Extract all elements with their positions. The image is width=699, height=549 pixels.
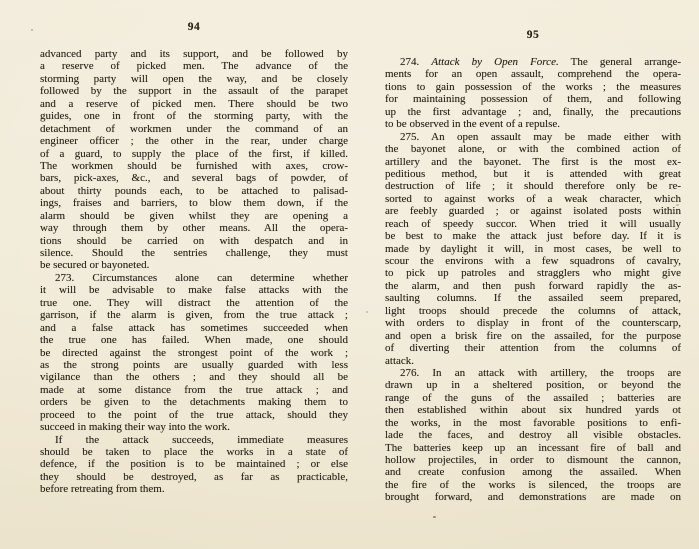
text-line: storming party will open the way, and be…: [40, 73, 348, 85]
text-line: detachment of workmen under the command …: [40, 123, 348, 135]
text-line: a reserve of picked men. The advance of …: [40, 60, 348, 72]
text-line: scour the environs with a few squadrons …: [385, 255, 681, 267]
text-line: to pick up patroles and stragglers who m…: [385, 267, 681, 279]
text-line: silence. Should the sentries challenge, …: [40, 247, 348, 259]
text-line: followed by the support in the assault o…: [40, 85, 348, 97]
text-line: the fire of the works is silenced, the t…: [385, 479, 681, 491]
text-line: bars, pick-axes, &c., and several bags o…: [40, 172, 348, 184]
text-line: the bayonet alone, or with the combined …: [385, 143, 681, 155]
italic-heading-text: Attack by Open Force.: [431, 56, 558, 68]
text-line: are feebly guarded ; or against isolated…: [385, 205, 681, 217]
page-number-right: 95: [385, 29, 681, 41]
text-line: drawn up in a sheltered position, or bey…: [385, 379, 681, 391]
text-line: range of the guns of the assailed ; batt…: [385, 392, 681, 404]
text-line: as the strong points are usually guarded…: [40, 359, 348, 371]
text-line: sorted to against works of a weak charac…: [385, 193, 681, 205]
page-number-left: 94: [40, 21, 348, 33]
text-line: they should be destroyed, as far as prac…: [40, 471, 348, 483]
text-line: saulting columns. If the assailed seem p…: [385, 292, 681, 304]
body-text: The general arrange-: [559, 56, 681, 68]
text-line: with orders to display in front of the c…: [385, 317, 681, 329]
text-line: lade the faces, and destroy all visible …: [385, 429, 681, 441]
text-line: be best to make the attack just before d…: [385, 230, 681, 242]
text-line: of diverting their attention from the co…: [385, 342, 681, 354]
text-line: for maintaining possession of them, and …: [385, 93, 681, 105]
text-line: advanced party and its support, and be f…: [40, 48, 348, 60]
ink-speck: [366, 311, 368, 313]
text-line: vigilance than the others ; and they sho…: [40, 371, 348, 383]
text-line: and create confusion among the assailed.…: [385, 466, 681, 478]
text-line: The workmen should be furnished with axe…: [40, 160, 348, 172]
text-line: up the first advantage ; and, finally, t…: [385, 106, 681, 118]
ink-speck: [433, 516, 436, 518]
text-line: peditious method, but it is attended wit…: [385, 168, 681, 180]
text-line: reach of speedy succor. When tried it wi…: [385, 218, 681, 230]
page-94-text-column: advanced party and its support, and be f…: [40, 48, 348, 496]
text-line: be directed against the strongest point …: [40, 347, 348, 359]
text-line: ings, fraises and barriers, to blow them…: [40, 197, 348, 209]
text-line: defence, if the position is to be mainta…: [40, 458, 348, 470]
ink-speck: [31, 29, 33, 31]
ink-speck: [676, 204, 679, 206]
text-line: before retreating from them.: [40, 483, 348, 495]
text-line: tions should be carried on with despatch…: [40, 235, 348, 247]
text-line: destruction of life ; it should therefor…: [385, 180, 681, 192]
text-line: and a false attack has sometimes succeed…: [40, 322, 348, 334]
text-line: the true one has failed. When made, one …: [40, 334, 348, 346]
text-line: The batteries keep up an incessant fire …: [385, 442, 681, 454]
text-line: light troops should precede the columns …: [385, 305, 681, 317]
text-line: If the attack succeeds, immediate measur…: [40, 434, 348, 446]
text-line: then established within about six hundre…: [385, 404, 681, 416]
text-line: hollow projectiles, in order to dismount…: [385, 454, 681, 466]
text-line: 275. An open assault may be made either …: [385, 131, 681, 143]
text-line: proceed to the point of the true attack,…: [40, 409, 348, 421]
text-line: artillery and the bayonet. The first is …: [385, 156, 681, 168]
text-line: succeed in making their way into the wor…: [40, 421, 348, 433]
text-line: attack.: [385, 355, 681, 367]
text-line: 276. In an attack with artillery, the tr…: [385, 367, 681, 379]
text-line: orders be given to the detachments makin…: [40, 396, 348, 408]
text-line: made at some distance from the true atta…: [40, 384, 348, 396]
body-text: 274.: [400, 56, 431, 68]
text-line: about thirty pounds each, to be attached…: [40, 185, 348, 197]
text-line: way through them by other means. All the…: [40, 222, 348, 234]
text-line: the works, in the most favorable positio…: [385, 417, 681, 429]
text-line: made by daylight it will, in most cases,…: [385, 243, 681, 255]
text-line: the alarm, and then push forward rapidly…: [385, 280, 681, 292]
text-line: garrison, if the alarm is given, from th…: [40, 309, 348, 321]
text-line: alarm should be given whilst they are op…: [40, 210, 348, 222]
text-line: be secured or bayoneted.: [40, 259, 348, 271]
text-line: brought forward, and demonstrations are …: [385, 491, 681, 503]
text-line: of a guard, to supply the place of the f…: [40, 148, 348, 160]
text-line: engineer officer ; the other in the rear…: [40, 135, 348, 147]
text-line: 273. Circumstances alone can determine w…: [40, 272, 348, 284]
text-line: and a reserve of picked men. There shoul…: [40, 98, 348, 110]
book-scan-spread: 94 95 advanced party and its support, an…: [0, 0, 699, 549]
page-95-text-column: 274. Attack by Open Force. The general a…: [385, 56, 681, 504]
text-line: should be taken to place the works in a …: [40, 446, 348, 458]
text-line: and open a brisk fire on the assailed, f…: [385, 330, 681, 342]
text-line: 274. Attack by Open Force. The general a…: [385, 56, 681, 68]
text-line: tions to gain possession of the works ; …: [385, 81, 681, 93]
text-line: true one. They will distract the attenti…: [40, 297, 348, 309]
text-line: ments for an open assault, comprehend th…: [385, 68, 681, 80]
text-line: guides, one in front of the storming par…: [40, 110, 348, 122]
text-line: it will be advisable to make false attac…: [40, 284, 348, 296]
text-line: to be observed in the event of a repulse…: [385, 118, 681, 130]
